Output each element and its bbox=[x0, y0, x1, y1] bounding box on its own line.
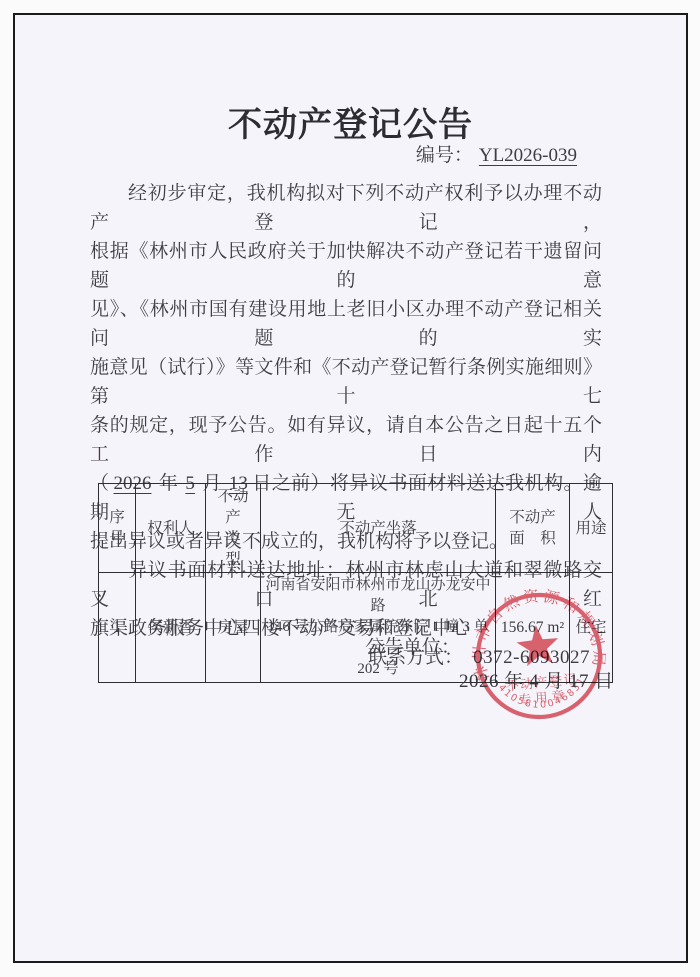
cell-holder: 侯新香 bbox=[136, 573, 206, 683]
notice-line: 条的规定，现予公告。如有异议，请自本公告之日起十五个工作日内 bbox=[90, 411, 602, 469]
notice-line: 施意见（试行）》等文件和《不动产登记暂行条例实施细则》第十七 bbox=[90, 353, 602, 411]
document-number: 编号：YL2026-039 bbox=[416, 143, 585, 169]
notice-line: 见》、《林州市国有建设用地上老旧小区办理不动产登记相关问题的实 bbox=[90, 295, 602, 353]
table-header-row: 序号 权利人 不动产 类 型 不动产坐落 不动产 面 积 用途 bbox=[99, 484, 613, 573]
header-type: 不动产 类 型 bbox=[206, 484, 261, 573]
document-page: 不动产登记公告 编号：YL2026-039 经初步审定，我机构拟对下列不动产权利… bbox=[13, 13, 688, 963]
cell-type: 房屋 bbox=[206, 573, 261, 683]
notice-line: 根据《林州市人民政府关于加快解决不动产登记若干遗留问题的意 bbox=[90, 237, 602, 295]
header-location: 不动产坐落 bbox=[261, 484, 496, 573]
header-seq: 序号 bbox=[99, 484, 136, 573]
seal-star-icon bbox=[515, 623, 561, 667]
page-title: 不动产登记公告 bbox=[15, 97, 686, 146]
announcing-unit-label: 公告单位： bbox=[365, 635, 460, 661]
header-usage: 用途 bbox=[570, 484, 613, 573]
cell-seq: 1 bbox=[99, 573, 136, 683]
document-number-value: YL2026-039 bbox=[473, 145, 585, 166]
header-holder: 权利人 bbox=[136, 484, 206, 573]
official-seal: 林州市自然资源和规划局 不动产登记 专用章 4105810046831 bbox=[451, 568, 627, 744]
notice-line: 经初步审定，我机构拟对下列不动产权利予以办理不动产登记， bbox=[90, 179, 602, 237]
document-number-label: 编号： bbox=[416, 145, 473, 166]
announcement-date: 2026 年 4 月 17 日 bbox=[459, 669, 614, 695]
header-area: 不动产 面 积 bbox=[496, 484, 570, 573]
